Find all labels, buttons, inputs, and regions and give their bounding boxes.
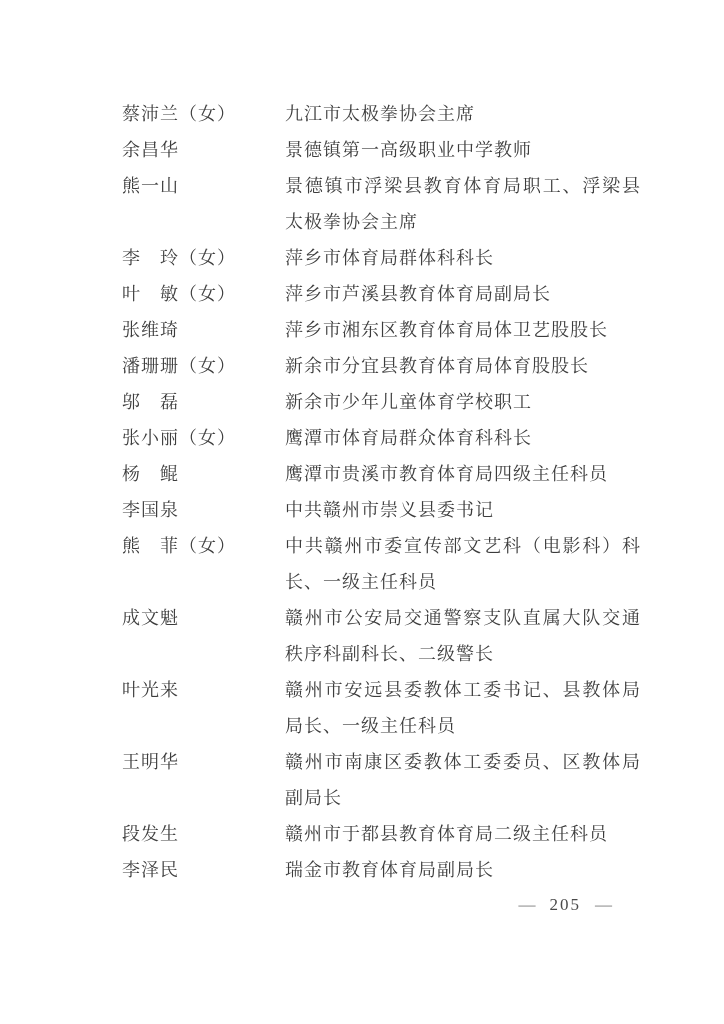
honoree-row: 熊 菲（女） 中共赣州市委宣传部文艺科（电影科）科长、一级主任科员 bbox=[122, 528, 724, 600]
honoree-name: 熊一山 bbox=[122, 168, 285, 204]
honoree-title: 景德镇市浮梁县教育体育局职工、浮梁县太极拳协会主席 bbox=[285, 168, 641, 240]
honoree-row: 潘珊珊（女） 新余市分宜县教育体育局体育股股长 bbox=[122, 348, 724, 384]
honoree-row: 王明华 赣州市南康区委教体工委委员、区教体局副局长 bbox=[122, 744, 724, 816]
honoree-title: 九江市太极拳协会主席 bbox=[285, 96, 641, 132]
honoree-name: 王明华 bbox=[122, 744, 285, 780]
honoree-title: 中共赣州市崇义县委书记 bbox=[285, 492, 641, 528]
honoree-title: 赣州市于都县教育体育局二级主任科员 bbox=[285, 816, 641, 852]
page-footer: —205— bbox=[122, 892, 612, 918]
honoree-title: 新余市少年儿童体育学校职工 bbox=[285, 384, 641, 420]
honoree-row: 段发生 赣州市于都县教育体育局二级主任科员 bbox=[122, 816, 724, 852]
honoree-title: 鹰潭市体育局群众体育科科长 bbox=[285, 420, 641, 456]
honoree-name: 张小丽（女） bbox=[122, 420, 285, 456]
footer-left-dash: — bbox=[519, 895, 536, 914]
honoree-title: 萍乡市体育局群体科科长 bbox=[285, 240, 641, 276]
honoree-title: 赣州市公安局交通警察支队直属大队交通秩序科副科长、二级警长 bbox=[285, 600, 641, 672]
honoree-name: 杨 鲲 bbox=[122, 456, 285, 492]
page-number: 205 bbox=[550, 895, 582, 914]
honoree-name: 李国泉 bbox=[122, 492, 285, 528]
honoree-title: 中共赣州市委宣传部文艺科（电影科）科长、一级主任科员 bbox=[285, 528, 641, 600]
honoree-title: 新余市分宜县教育体育局体育股股长 bbox=[285, 348, 641, 384]
honoree-name: 李泽民 bbox=[122, 852, 285, 888]
honoree-row: 成文魁 赣州市公安局交通警察支队直属大队交通秩序科副科长、二级警长 bbox=[122, 600, 724, 672]
honoree-row: 李 玲（女） 萍乡市体育局群体科科长 bbox=[122, 240, 724, 276]
honoree-row: 叶光来 赣州市安远县委教体工委书记、县教体局局长、一级主任科员 bbox=[122, 672, 724, 744]
honoree-name: 邬 磊 bbox=[122, 384, 285, 420]
document-page: 蔡沛兰（女） 九江市太极拳协会主席 余昌华 景德镇第一高级职业中学教师 熊一山 … bbox=[0, 0, 724, 1024]
honoree-title: 赣州市安远县委教体工委书记、县教体局局长、一级主任科员 bbox=[285, 672, 641, 744]
honoree-name: 蔡沛兰（女） bbox=[122, 96, 285, 132]
honoree-name: 叶光来 bbox=[122, 672, 285, 708]
honoree-row: 叶 敏（女） 萍乡市芦溪县教育体育局副局长 bbox=[122, 276, 724, 312]
honoree-row: 邬 磊 新余市少年儿童体育学校职工 bbox=[122, 384, 724, 420]
honoree-name: 潘珊珊（女） bbox=[122, 348, 285, 384]
honoree-row: 余昌华 景德镇第一高级职业中学教师 bbox=[122, 132, 724, 168]
honoree-title: 鹰潭市贵溪市教育体育局四级主任科员 bbox=[285, 456, 641, 492]
honoree-title: 萍乡市湘东区教育体育局体卫艺股股长 bbox=[285, 312, 641, 348]
honoree-title: 景德镇第一高级职业中学教师 bbox=[285, 132, 641, 168]
footer-right-dash: — bbox=[595, 895, 612, 914]
honoree-name: 李 玲（女） bbox=[122, 240, 285, 276]
honoree-row: 李泽民 瑞金市教育体育局副局长 bbox=[122, 852, 724, 888]
honoree-name: 成文魁 bbox=[122, 600, 285, 636]
honoree-row: 熊一山 景德镇市浮梁县教育体育局职工、浮梁县太极拳协会主席 bbox=[122, 168, 724, 240]
honoree-name: 段发生 bbox=[122, 816, 285, 852]
honoree-row: 蔡沛兰（女） 九江市太极拳协会主席 bbox=[122, 96, 724, 132]
honoree-name: 余昌华 bbox=[122, 132, 285, 168]
honoree-name: 熊 菲（女） bbox=[122, 528, 285, 564]
honoree-name: 张维琦 bbox=[122, 312, 285, 348]
honoree-row: 李国泉 中共赣州市崇义县委书记 bbox=[122, 492, 724, 528]
honoree-row: 张维琦 萍乡市湘东区教育体育局体卫艺股股长 bbox=[122, 312, 724, 348]
honoree-title: 瑞金市教育体育局副局长 bbox=[285, 852, 641, 888]
honoree-title: 赣州市南康区委教体工委委员、区教体局副局长 bbox=[285, 744, 641, 816]
honoree-row: 杨 鲲 鹰潭市贵溪市教育体育局四级主任科员 bbox=[122, 456, 724, 492]
honoree-title: 萍乡市芦溪县教育体育局副局长 bbox=[285, 276, 641, 312]
honoree-row: 张小丽（女） 鹰潭市体育局群众体育科科长 bbox=[122, 420, 724, 456]
honoree-name: 叶 敏（女） bbox=[122, 276, 285, 312]
